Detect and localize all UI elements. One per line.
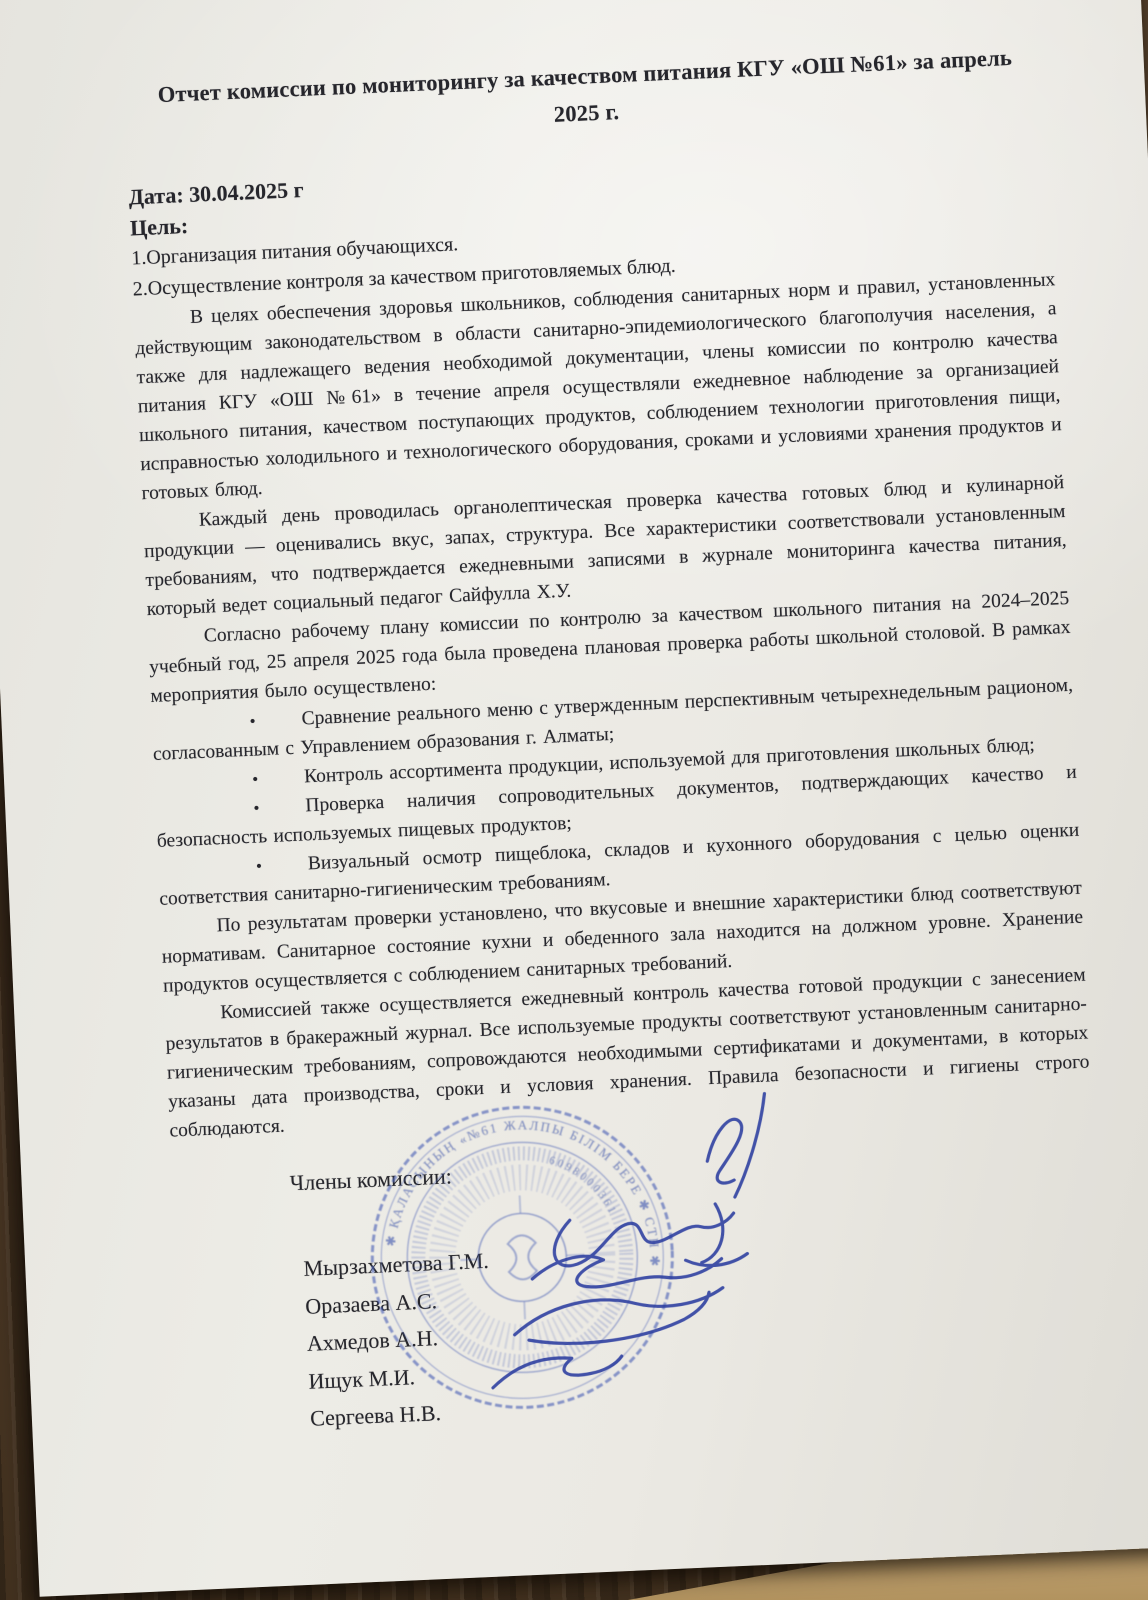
bullet-dot: • bbox=[253, 798, 260, 817]
document-title: Отчет комиссии по мониторингу за качеств… bbox=[133, 38, 1037, 151]
paragraph-intro: В целях обеспечения здоровья школьников,… bbox=[133, 265, 1063, 508]
signature-stroke bbox=[492, 1355, 623, 1388]
report-document-page: Отчет комиссии по мониторингу за качеств… bbox=[0, 0, 1148, 1597]
signature-stroke bbox=[704, 1094, 768, 1199]
bullet-dot: • bbox=[256, 856, 263, 875]
signature-block: ✱ ҚАЛАСЫНЫҢ «№61 ЖАЛПЫ БІЛІМ БЕРЕ ✱ СТН … bbox=[171, 1131, 1104, 1442]
bullet-dot: • bbox=[249, 712, 256, 731]
bullet-dot: • bbox=[252, 769, 259, 788]
signature-stroke bbox=[531, 1249, 748, 1289]
signature-stroke bbox=[553, 1203, 736, 1269]
handwritten-signatures bbox=[404, 1080, 867, 1409]
signature-stroke bbox=[513, 1288, 725, 1346]
